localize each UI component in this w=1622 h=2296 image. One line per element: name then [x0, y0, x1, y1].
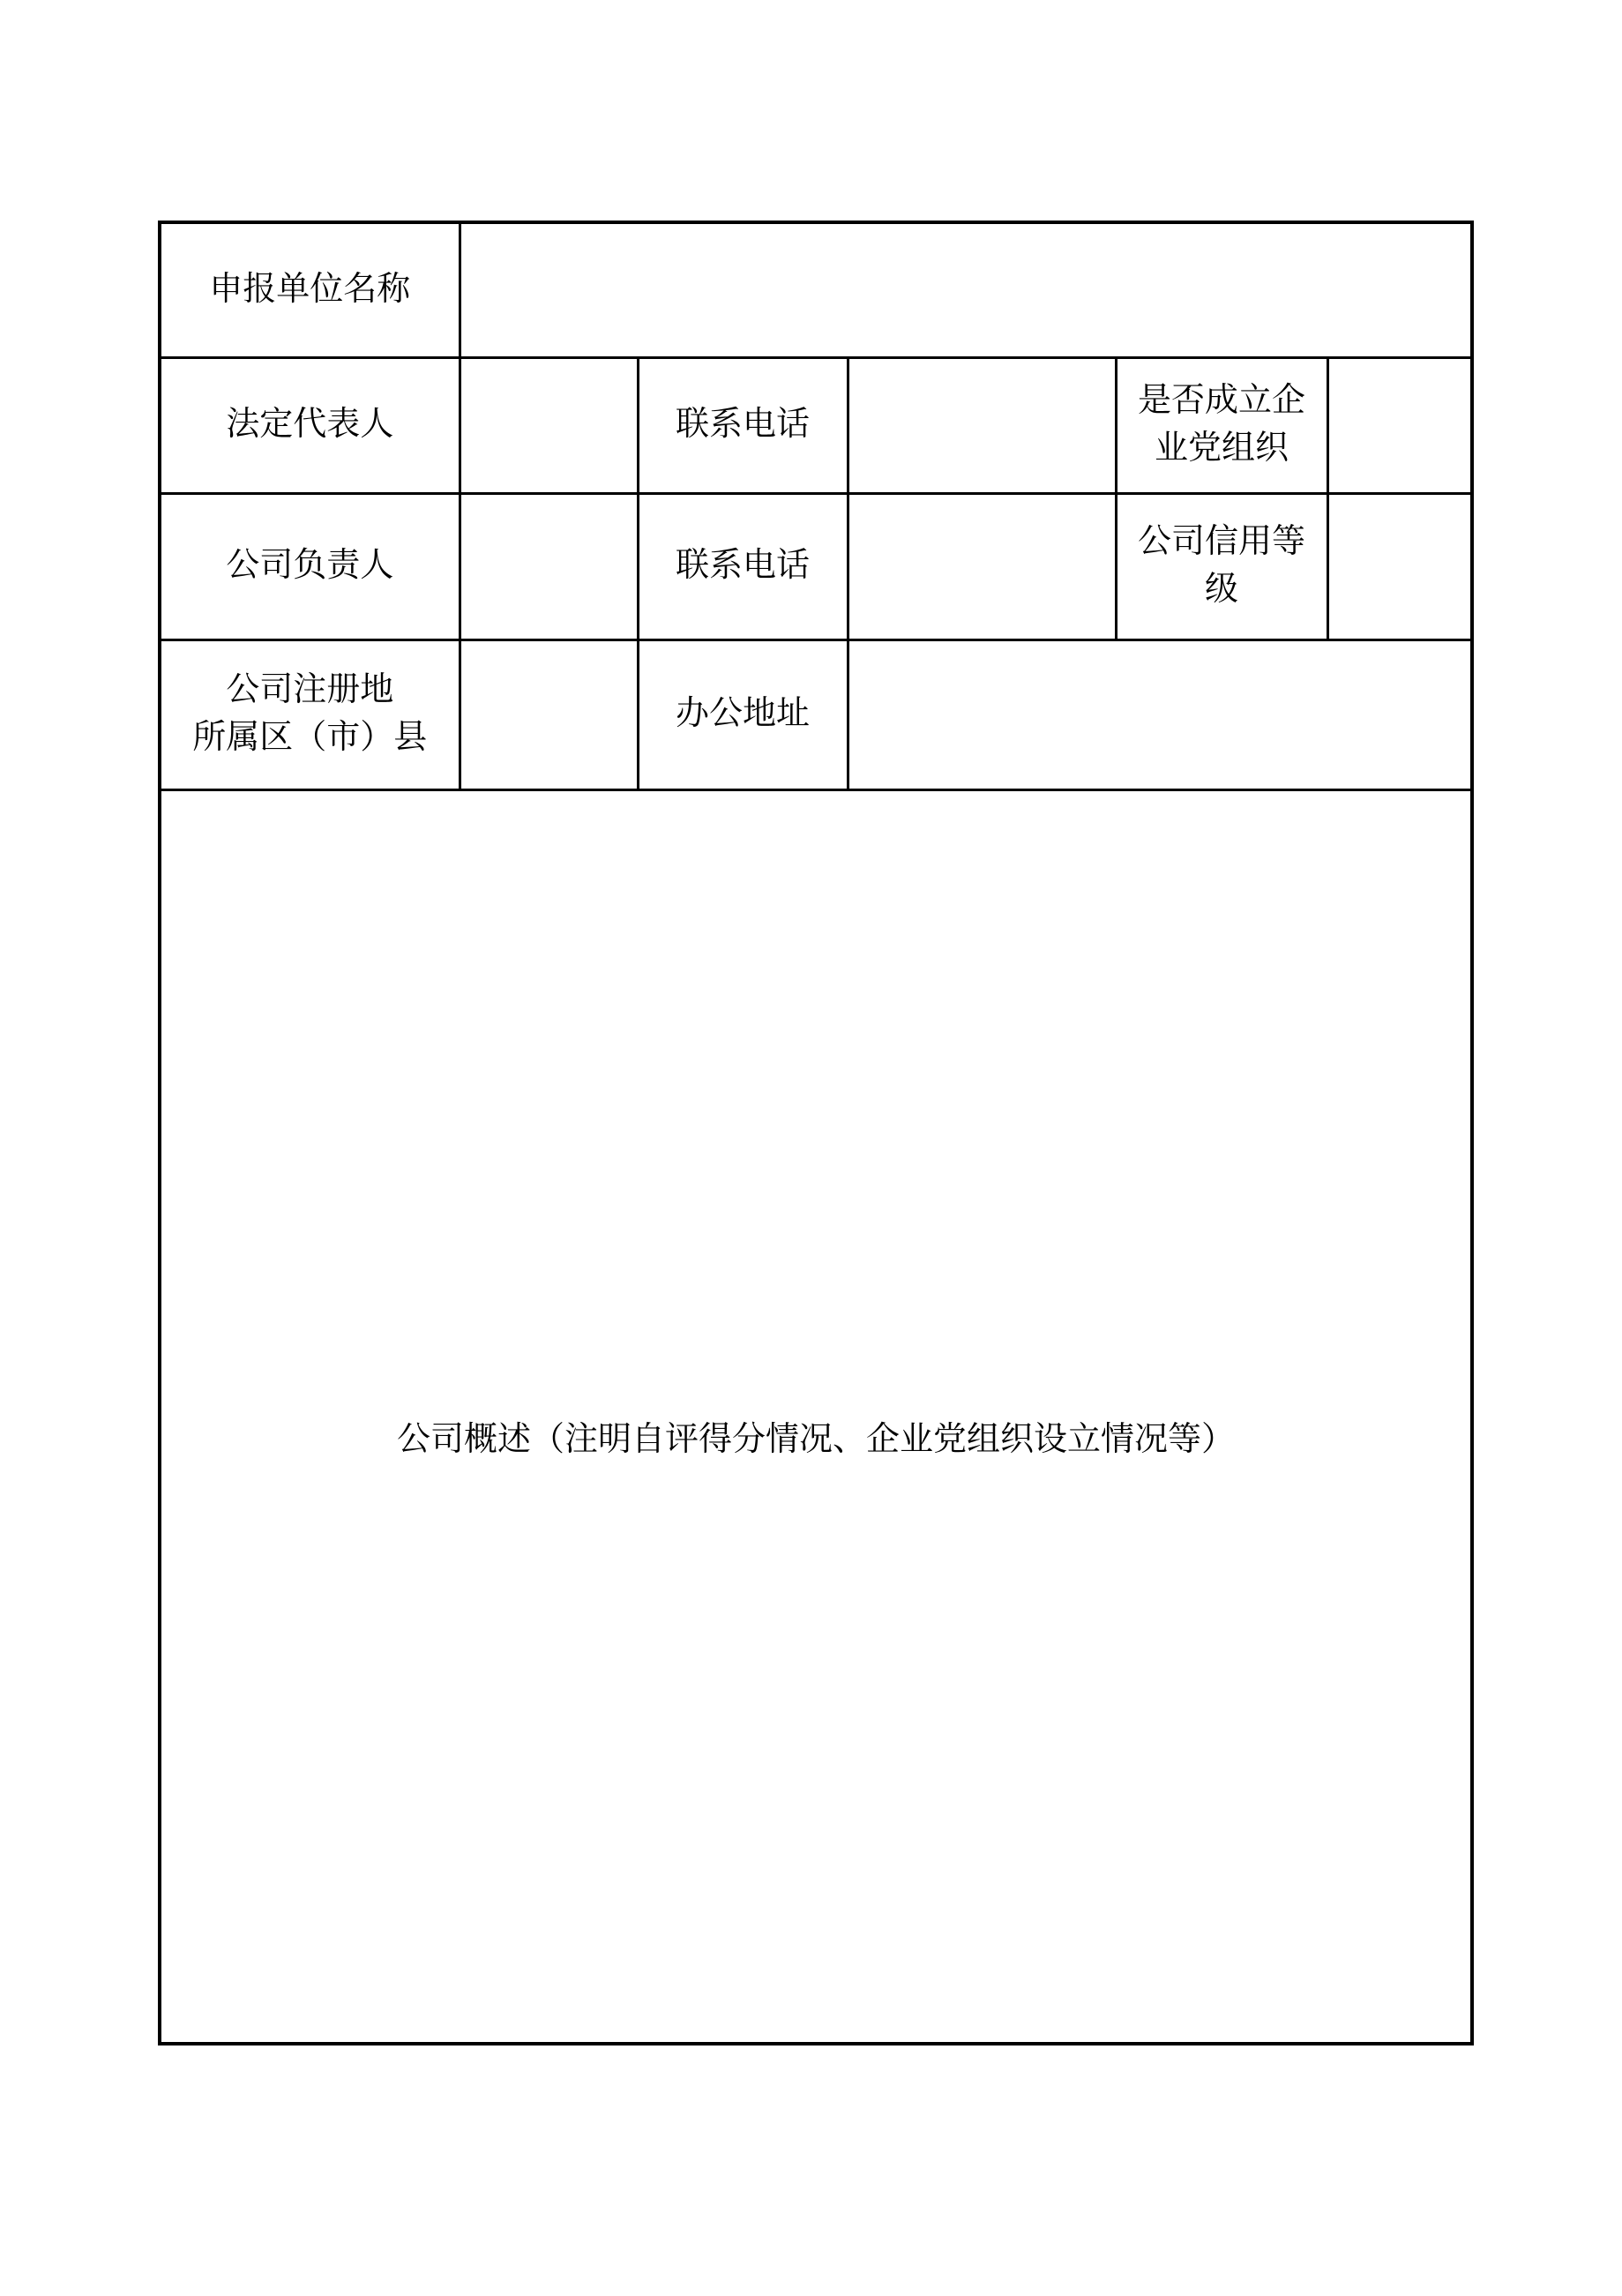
office-address-value-cell[interactable] — [848, 639, 1472, 789]
head-contact-phone-value-cell[interactable] — [848, 493, 1116, 639]
declaration-unit-value-cell[interactable] — [460, 222, 1472, 357]
row-company-head: 公司负责人 联系电话 公司信用等 级 — [160, 493, 1472, 639]
party-org-established-label: 是否成立企 业党组织 — [1116, 357, 1327, 493]
declaration-unit-label: 申报单位名称 — [160, 222, 460, 357]
party-org-established-value-cell[interactable] — [1327, 357, 1472, 493]
row-registration: 公司注册地 所属区（市）县 办公地址 — [160, 639, 1472, 789]
row-company-overview: 公司概述（注明自评得分情况、企业党组织设立情况等） — [160, 789, 1472, 2044]
company-overview-cell[interactable]: 公司概述（注明自评得分情况、企业党组织设立情况等） — [160, 789, 1472, 2044]
legal-representative-value-cell[interactable] — [460, 357, 638, 493]
registration-district-label: 公司注册地 所属区（市）县 — [160, 639, 460, 789]
legal-contact-phone-label: 联系电话 — [638, 357, 848, 493]
row-declaration-unit: 申报单位名称 — [160, 222, 1472, 357]
company-overview-label: 公司概述（注明自评得分情况、企业党组织设立情况等） — [397, 1421, 1235, 1458]
office-address-label: 办公地址 — [638, 639, 848, 789]
head-contact-phone-label: 联系电话 — [638, 493, 848, 639]
legal-representative-label: 法定代表人 — [160, 357, 460, 493]
company-head-value-cell[interactable] — [460, 493, 638, 639]
row-legal-representative: 法定代表人 联系电话 是否成立企 业党组织 — [160, 357, 1472, 493]
application-form-table: 申报单位名称 法定代表人 联系电话 是否成立企 业党组织 公司负责人 联系电话 … — [158, 221, 1474, 2045]
registration-district-value-cell[interactable] — [460, 639, 638, 789]
legal-contact-phone-value-cell[interactable] — [848, 357, 1116, 493]
credit-rating-label: 公司信用等 级 — [1116, 493, 1327, 639]
document-page: 申报单位名称 法定代表人 联系电话 是否成立企 业党组织 公司负责人 联系电话 … — [0, 0, 1622, 2296]
credit-rating-value-cell[interactable] — [1327, 493, 1472, 639]
company-head-label: 公司负责人 — [160, 493, 460, 639]
